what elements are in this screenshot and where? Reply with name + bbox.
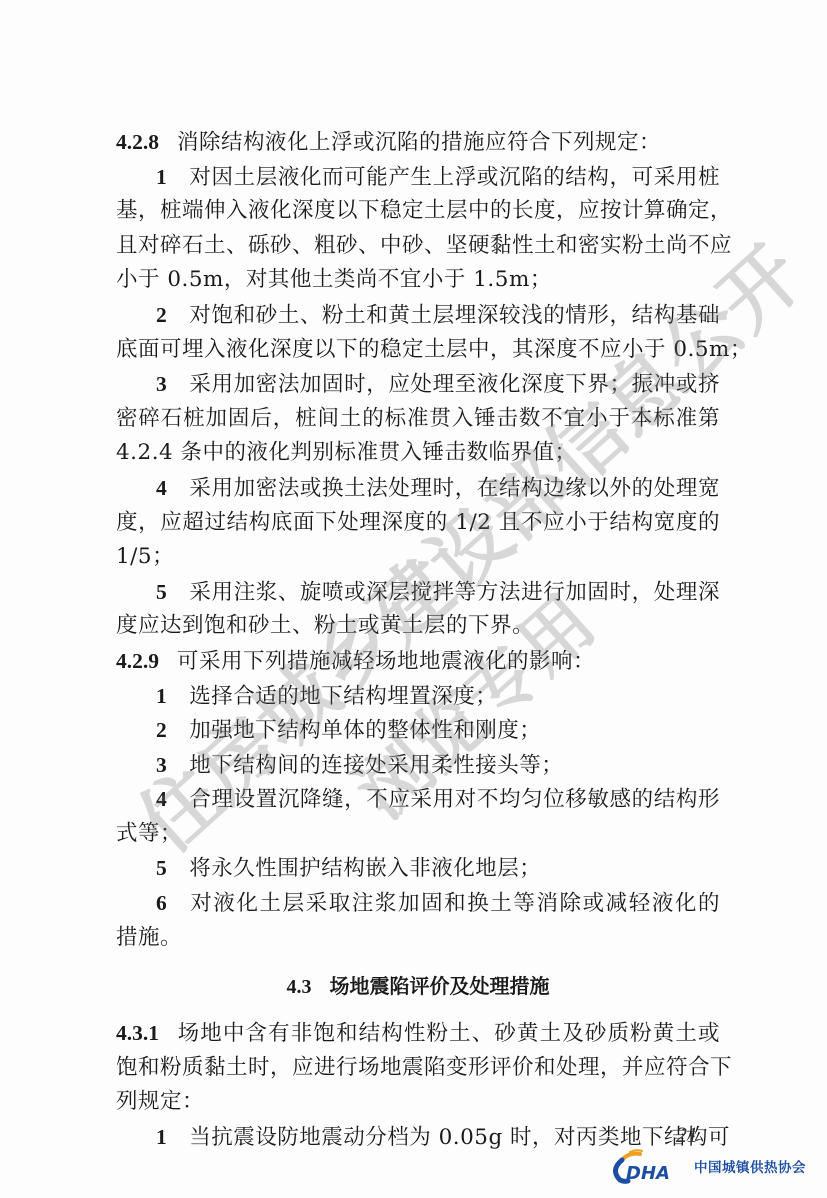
item-number: 1 bbox=[156, 165, 167, 189]
section-number: 4.3 bbox=[287, 976, 312, 998]
clause-continuation: 列规定： bbox=[116, 1085, 720, 1120]
item-number: 6 bbox=[156, 891, 167, 915]
item-text: 当抗震设防地震动分档为 0.05g 时，对丙类地下结构可 bbox=[189, 1125, 730, 1150]
clause-item: 6对液化土层采取注浆加固和换土等消除或减轻液化的 bbox=[116, 886, 720, 921]
item-number: 1 bbox=[156, 1125, 167, 1149]
item-number: 5 bbox=[156, 580, 167, 604]
item-text: 采用注浆、旋喷或深层搅拌等方法进行加固时，处理深 bbox=[189, 580, 720, 605]
item-text: 合理设置沉降缝，不应采用对不均匀位移敏感的结构形 bbox=[189, 787, 720, 812]
clause-4-2-9-heading: 4.2.9可采用下列措施减轻场地地震液化的影响： bbox=[116, 644, 720, 679]
item-continuation: 底面可埋入液化深度以下的稳定土层中，其深度不应小于 0.5m； bbox=[116, 333, 720, 368]
logo-letters: DHA bbox=[626, 1163, 670, 1184]
item-number: 3 bbox=[156, 372, 167, 396]
item-number: 2 bbox=[156, 303, 167, 327]
item-text: 地下结构间的连接处采用柔性接头等； bbox=[189, 753, 563, 778]
clause-number: 4.2.9 bbox=[116, 649, 159, 673]
clause-item: 4采用加密法或换土法处理时，在结构边缘以外的处理宽 bbox=[116, 471, 720, 506]
item-number: 4 bbox=[156, 476, 167, 500]
item-number: 2 bbox=[156, 718, 167, 742]
clause-4-2-8-heading: 4.2.8消除结构液化上浮或沉陷的措施应符合下列规定： bbox=[116, 125, 720, 160]
clause-text: 场地中含有非饱和结构性粉土、砂黄土及砂质粉黄土或 bbox=[177, 1021, 720, 1046]
item-continuation: 小于 0.5m，对其他土类尚不宜小于 1.5m； bbox=[116, 263, 720, 298]
item-number: 4 bbox=[156, 787, 167, 811]
clause-item: 5采用注浆、旋喷或深层搅拌等方法进行加固时，处理深 bbox=[116, 575, 720, 610]
cdha-logo: DHA 中国城镇供热协会 bbox=[606, 1148, 806, 1184]
clause-text: 可采用下列措施减轻场地地震液化的影响： bbox=[177, 649, 595, 674]
item-text: 加强地下结构单体的整体性和刚度； bbox=[189, 718, 541, 743]
clause-item: 3地下结构间的连接处采用柔性接头等； bbox=[116, 748, 720, 783]
item-continuation: 1/5； bbox=[116, 540, 720, 575]
clause-item: 3采用加密法加固时，应处理至液化深度下界；振冲或挤 bbox=[116, 367, 720, 402]
logo-org-name: 中国城镇供热协会 bbox=[694, 1156, 806, 1176]
item-continuation: 4.2.4 条中的液化判别标准贯入锤击数临界值； bbox=[116, 436, 720, 471]
section-title: 场地震陷评价及处理措施 bbox=[330, 974, 550, 998]
clause-item: 2加强地下结构单体的整体性和刚度； bbox=[116, 713, 720, 748]
item-number: 1 bbox=[156, 684, 167, 708]
item-text: 对饱和砂土、粉土和黄土层埋深较浅的情形，结构基础 bbox=[189, 303, 720, 328]
page-number: 21 bbox=[676, 1122, 698, 1148]
item-text: 采用加密法加固时，应处理至液化深度下界；振冲或挤 bbox=[189, 372, 720, 397]
section-heading: 4.3场地震陷评价及处理措施 bbox=[116, 969, 720, 1004]
item-continuation: 式等； bbox=[116, 817, 720, 852]
item-continuation: 度，应超过结构底面下处理深度的 1/2 且不应小于结构宽度的 bbox=[116, 506, 720, 541]
clause-item: 4合理设置沉降缝，不应采用对不均匀位移敏感的结构形 bbox=[116, 782, 720, 817]
clause-number: 4.3.1 bbox=[116, 1021, 159, 1045]
clause-item: 1对因土层液化而可能产生上浮或沉陷的结构，可采用桩 bbox=[116, 160, 720, 195]
clause-item: 5将永久性围护结构嵌入非液化地层； bbox=[116, 851, 720, 886]
item-text: 将永久性围护结构嵌入非液化地层； bbox=[189, 856, 541, 881]
item-continuation: 基，桩端伸入液化深度以下稳定土层中的长度，应按计算确定， bbox=[116, 194, 720, 229]
item-text: 对液化土层采取注浆加固和换土等消除或减轻液化的 bbox=[189, 891, 720, 916]
item-continuation: 密碎石桩加固后，桩间土的标准贯入锤击数不宜小于本标准第 bbox=[116, 402, 720, 437]
item-text: 采用加密法或换土法处理时，在结构边缘以外的处理宽 bbox=[189, 476, 720, 501]
page-content: 4.2.8消除结构液化上浮或沉陷的措施应符合下列规定： 1对因土层液化而可能产生… bbox=[116, 125, 720, 1155]
clause-item: 2对饱和砂土、粉土和黄土层埋深较浅的情形，结构基础 bbox=[116, 298, 720, 333]
document-page: 4.2.8消除结构液化上浮或沉陷的措施应符合下列规定： 1对因土层液化而可能产生… bbox=[0, 0, 827, 1198]
item-text: 对因土层液化而可能产生上浮或沉陷的结构，可采用桩 bbox=[189, 165, 720, 190]
clause-number: 4.2.8 bbox=[116, 130, 159, 154]
item-text: 选择合适的地下结构埋置深度； bbox=[189, 684, 497, 709]
cdha-logo-icon: DHA bbox=[606, 1148, 686, 1184]
item-continuation: 且对碎石土、砾砂、粗砂、中砂、坚硬黏性土和密实粉土尚不应 bbox=[116, 229, 720, 264]
clause-item: 1选择合适的地下结构埋置深度； bbox=[116, 679, 720, 714]
clause-text: 消除结构液化上浮或沉陷的措施应符合下列规定： bbox=[177, 130, 661, 155]
clause-continuation: 饱和粉质黏土时，应进行场地震陷变形评价和处理，并应符合下 bbox=[116, 1051, 720, 1086]
item-continuation: 措施。 bbox=[116, 921, 720, 956]
clause-4-3-1-heading: 4.3.1场地中含有非饱和结构性粉土、砂黄土及砂质粉黄土或 bbox=[116, 1016, 720, 1051]
item-number: 5 bbox=[156, 856, 167, 880]
item-number: 3 bbox=[156, 753, 167, 777]
item-continuation: 度应达到饱和砂土、粉土或黄土层的下界。 bbox=[116, 609, 720, 644]
